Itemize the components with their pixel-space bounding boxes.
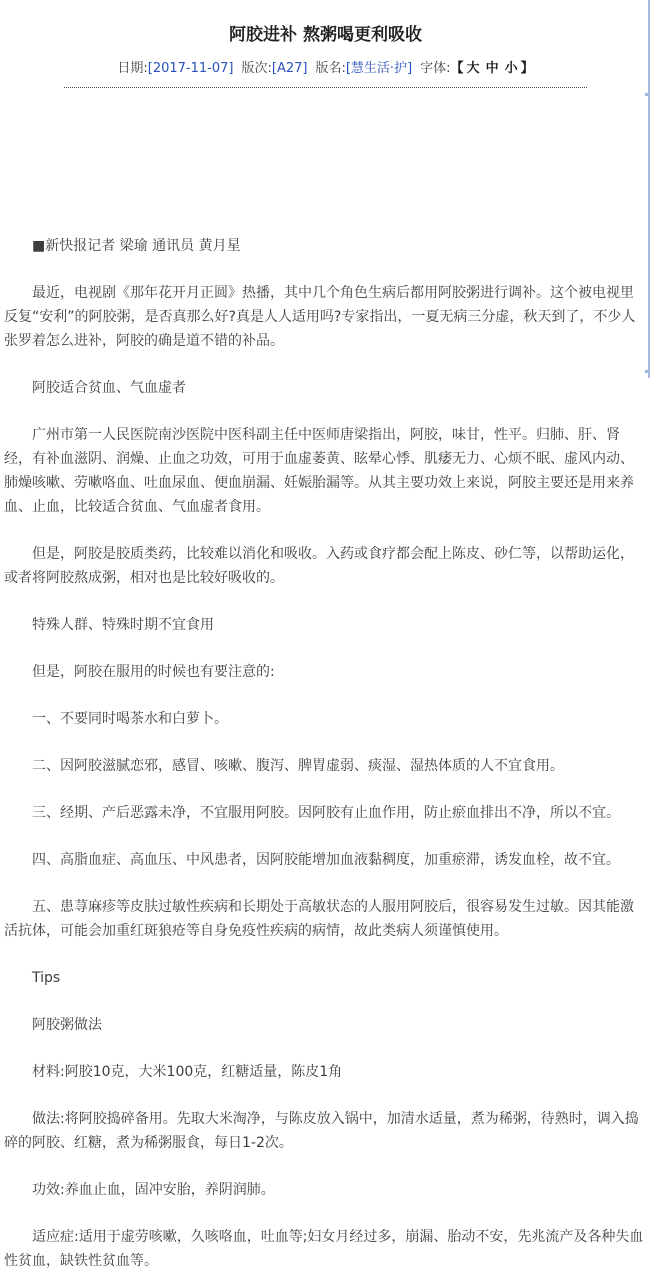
page-title: 阿胶进补 熬粥喝更利吸收 xyxy=(0,0,651,46)
article-meta-bar: 日期:[2017-11-07]版次:[A27]版名:[慧生活·护]字体:【大中小… xyxy=(0,61,651,77)
recipe-heading: 阿胶粥做法 xyxy=(4,1013,644,1037)
edition-label: 版次: xyxy=(241,61,271,76)
byline: ■新快报记者 梁瑜 通讯员 黄月星 xyxy=(4,234,644,258)
fontsize-label: 字体: xyxy=(420,61,450,76)
paragraph-intro: 最近，电视剧《那年花开月正圆》热播，其中几个角色生病后都用阿胶粥进行调补。这个被… xyxy=(4,281,644,353)
tips-label: Tips xyxy=(4,966,644,990)
fontsize-medium-link[interactable]: 中 xyxy=(486,61,499,76)
caution-item-5: 五、患荨麻疹等皮肤过敏性疾病和长期处于高敏状态的人服用阿胶后，很容易发生过敏。因… xyxy=(4,895,644,943)
date-label: 日期: xyxy=(117,61,147,76)
empty-image-area xyxy=(0,88,651,234)
frame-border-dot-bottom xyxy=(645,370,648,373)
caution-item-4: 四、高脂血症、高血压、中风患者，因阿胶能增加血液黏稠度，加重瘀滞，诱发血栓，故不… xyxy=(4,848,644,872)
recipe-indications: 适应症:适用于虚劳咳嗽，久咳咯血，吐血等;妇女月经过多，崩漏、胎动不安，先兆流产… xyxy=(4,1225,644,1273)
recipe-effect: 功效:养血止血，固冲安胎，养阴润肺。 xyxy=(4,1178,644,1202)
frame-border-dot-top xyxy=(645,93,648,96)
section-link[interactable]: [慧生活·护] xyxy=(346,61,412,76)
section-label: 版名: xyxy=(315,61,345,76)
article-page: 阿胶进补 熬粥喝更利吸收 日期:[2017-11-07]版次:[A27]版名:[… xyxy=(0,0,651,1284)
caution-item-2: 二、因阿胶滋腻恋邪，感冒、咳嗽、腹泻、脾胃虚弱、痰湿、湿热体质的人不宜食用。 xyxy=(4,754,644,778)
frame-border-line xyxy=(648,0,650,378)
caution-item-3: 三、经期、产后恶露未净，不宜服用阿胶。因阿胶有止血作用，防止瘀血排出不净，所以不… xyxy=(4,801,644,825)
fontsize-large-link[interactable]: 大 xyxy=(467,61,480,76)
fontsize-small-link[interactable]: 小 xyxy=(505,61,518,76)
paragraph-digestion: 但是，阿胶是胶质类药，比较难以消化和吸收。入药或食疗都会配上陈皮、砂仁等，以帮助… xyxy=(4,542,644,590)
paragraph-expert-explanation: 广州市第一人民医院南沙医院中医科副主任中医师唐梁指出，阿胶，味甘，性平。归肺、肝… xyxy=(4,423,644,519)
date-link[interactable]: [2017-11-07] xyxy=(148,61,234,76)
subheading-special-groups: 特殊人群、特殊时期不宜食用 xyxy=(4,613,644,637)
recipe-ingredients: 材料:阿胶10克，大米100克，红糖适量，陈皮1角 xyxy=(4,1060,644,1084)
paragraph-caution-intro: 但是，阿胶在服用的时候也有要注意的: xyxy=(4,660,644,684)
recipe-method: 做法:将阿胶捣碎备用。先取大米淘净，与陈皮放入锅中，加清水适量，煮为稀粥，待熟时… xyxy=(4,1107,644,1155)
edition-link[interactable]: [A27] xyxy=(272,61,308,76)
caution-item-1: 一、不要同时喝茶水和白萝卜。 xyxy=(4,707,644,731)
subheading-suitable-for: 阿胶适合贫血、气血虚者 xyxy=(4,376,644,400)
fontsize-bracket-close: 】 xyxy=(521,61,534,76)
article-body: ■新快报记者 梁瑜 通讯员 黄月星 最近，电视剧《那年花开月正圆》热播，其中几个… xyxy=(0,234,651,1273)
fontsize-bracket-open: 【 xyxy=(451,61,464,76)
